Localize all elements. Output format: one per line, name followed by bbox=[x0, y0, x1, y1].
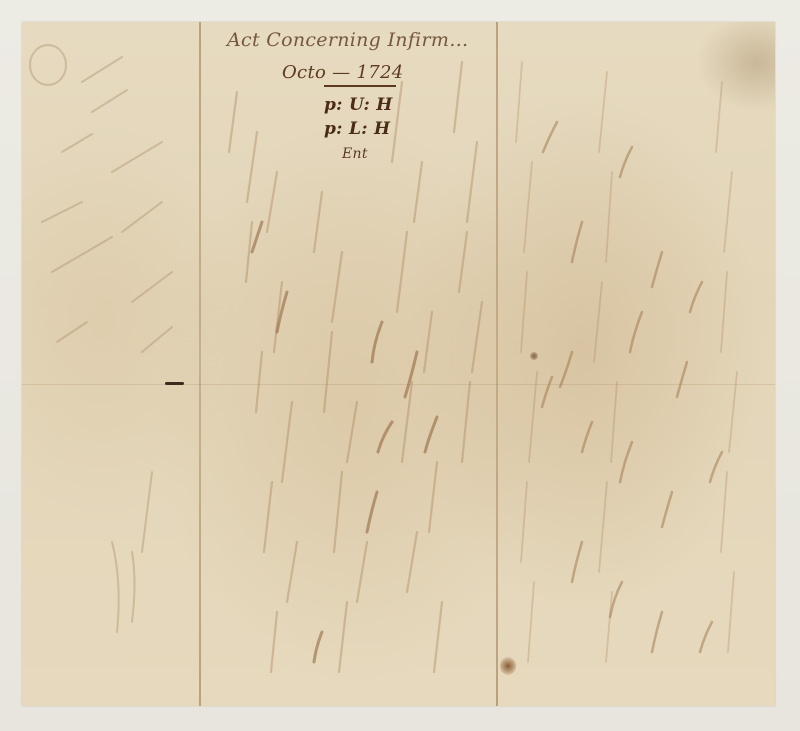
docket-lower-house: p: L: H bbox=[324, 119, 390, 139]
docket-upper-house: p: U: H bbox=[324, 95, 393, 115]
ink-dot bbox=[530, 352, 538, 360]
docket-title: Act Concerning Infirm… bbox=[227, 29, 469, 51]
docket-entered: Ent bbox=[342, 146, 368, 162]
docket-date: Octo — 1724 bbox=[282, 62, 403, 83]
fold-line-horizontal bbox=[22, 384, 775, 385]
fold-line-left bbox=[199, 22, 201, 706]
ink-stain bbox=[500, 657, 516, 675]
docket-underline bbox=[324, 85, 396, 87]
dark-ink-mark bbox=[165, 382, 184, 385]
manuscript-page: Act Concerning Infirm… Octo — 1724 p: U:… bbox=[22, 22, 775, 706]
bleed-through-handwriting bbox=[22, 22, 775, 706]
fold-line-right bbox=[496, 22, 498, 706]
